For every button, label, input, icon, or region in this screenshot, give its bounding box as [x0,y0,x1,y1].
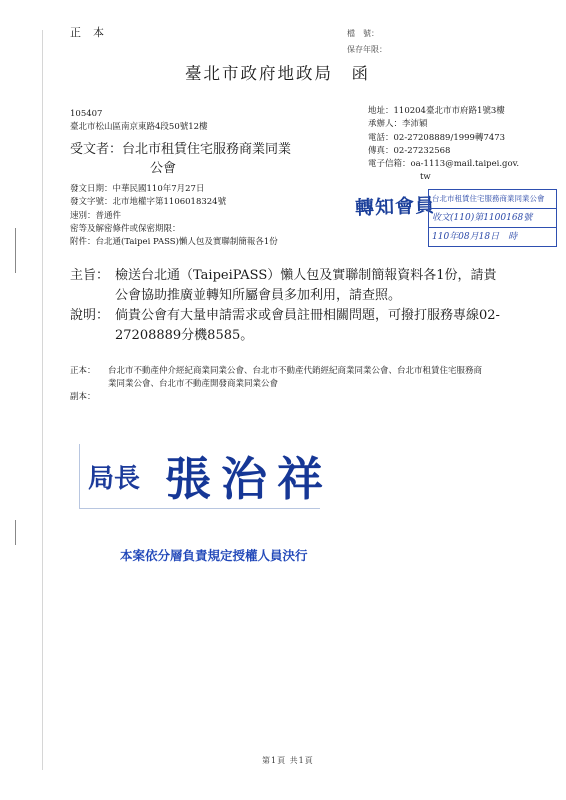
delegation-stamp: 本案依分層負責規定授權人員決行 [120,546,308,564]
receipt-stamp: 台北市租賃住宅服務商業同業公會 收文(110)第1100168號 110年08月… [428,189,557,247]
page-margin-line [42,30,43,770]
receipt-stamp-date: 110年08月18日 時 [429,228,556,246]
scan-mark [15,520,16,545]
transfer-to-members-stamp: 轉知會員 [355,191,436,221]
document-body: 主旨： 檢送台北通（TaipeiPASS）懶人包及實聯制簡報資料各1份，請貴公會… [70,266,500,346]
fax: 傳真：02-27232568 [368,145,519,158]
document-number: 發文字號：北市地權字第1106018324號 [70,196,278,209]
recipient: 受文者：台北市租賃住宅服務商業同業 公會 [70,140,291,178]
handler: 承辦人：李沛穎 [368,118,519,131]
original-text: 台北市不動產仲介經紀商業同業公會、台北市不動產代銷經紀商業同業公會、台北市租賃住… [108,365,490,391]
copy-text [108,391,490,404]
recipient-address: 臺北市松山區南京東路4段50號12樓 [70,121,208,134]
explanation-label: 說明： [70,306,115,346]
recipient-line: 受文者：台北市租賃住宅服務商業同業 [70,140,291,159]
postal-code: 105407 [70,108,102,121]
scan-mark [15,228,16,273]
receipt-stamp-org: 台北市租賃住宅服務商業同業公會 [429,190,556,209]
email: 電子信箱：oa-1113@mail.taipei.gov. [368,158,519,171]
copy-type-label: 正本 [70,24,116,40]
phone: 電話：02-27208889/1999轉7473 [368,132,519,145]
original-recipients: 正本： 台北市不動產仲介經紀商業同業公會、台北市不動產代銷經紀商業同業公會、台北… [70,365,490,391]
copy-recipients: 副本： [70,391,490,404]
signature-name: 張治祥 [165,443,333,509]
subject-text: 檢送台北通（TaipeiPASS）懶人包及實聯制簡報資料各1份，請貴公會協助推廣… [115,266,500,306]
explanation-section: 說明： 倘貴公會有大量申請需求或會員註冊相關問題，可撥打服務專線02-27208… [70,306,500,346]
distribution-list: 正本： 台北市不動產仲介經紀商業同業公會、台北市不動產代銷經紀商業同業公會、台北… [70,365,490,404]
sender-address: 地址：110204臺北市市府路1號3樓 [368,105,519,118]
document-metadata: 發文日期：中華民國110年7月27日 發文字號：北市地權字第1106018324… [70,183,278,249]
page-number: 第1頁 共1頁 [262,755,314,766]
subject-label: 主旨： [70,266,115,306]
issue-date: 發文日期：中華民國110年7月27日 [70,183,278,196]
retention-period-label: 保存年限： [347,44,387,55]
copy-label: 副本： [70,391,108,404]
speed-class: 速別：普通件 [70,210,278,223]
document-title: 臺北市政府地政局 函 [185,60,370,84]
file-number-label: 檔 號： [347,28,379,39]
contact-info: 地址：110204臺北市市府路1號3樓 承辦人：李沛穎 電話：02-272088… [368,105,519,185]
email-continued: tw [368,171,519,184]
attachments: 附件：台北通(Taipei PASS)懶人包及實聯制簡報各1份 [70,236,278,249]
receipt-stamp-number: 收文(110)第1100168號 [429,209,556,228]
subject-section: 主旨： 檢送台北通（TaipeiPASS）懶人包及實聯制簡報資料各1份，請貴公會… [70,266,500,306]
security-class: 密等及解密條件或保密期限： [70,223,278,236]
explanation-text: 倘貴公會有大量申請需求或會員註冊相關問題，可撥打服務專線02-27208889分… [115,306,500,346]
recipient-line: 公會 [70,159,291,178]
signature-title: 局長 [88,458,140,495]
original-label: 正本： [70,365,108,391]
